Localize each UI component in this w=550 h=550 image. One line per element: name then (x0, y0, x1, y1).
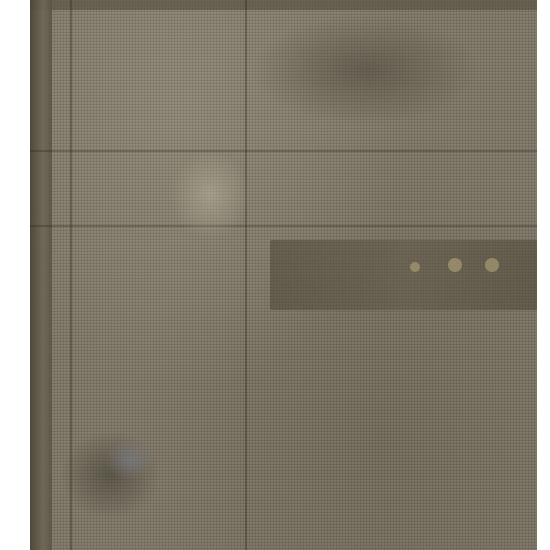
motif-dot (448, 258, 462, 272)
motif-top (250, 15, 480, 125)
rug-side-border (30, 0, 52, 550)
rug-top-edge (30, 0, 537, 10)
motif-band (270, 240, 537, 310)
field-line (30, 225, 537, 227)
motif-dot (410, 262, 420, 272)
rug-texture (30, 0, 537, 550)
motif-blue (105, 440, 155, 480)
field-line (30, 150, 537, 152)
motif-dot (485, 258, 499, 272)
worn-patch (170, 150, 250, 240)
field-line (245, 0, 247, 550)
